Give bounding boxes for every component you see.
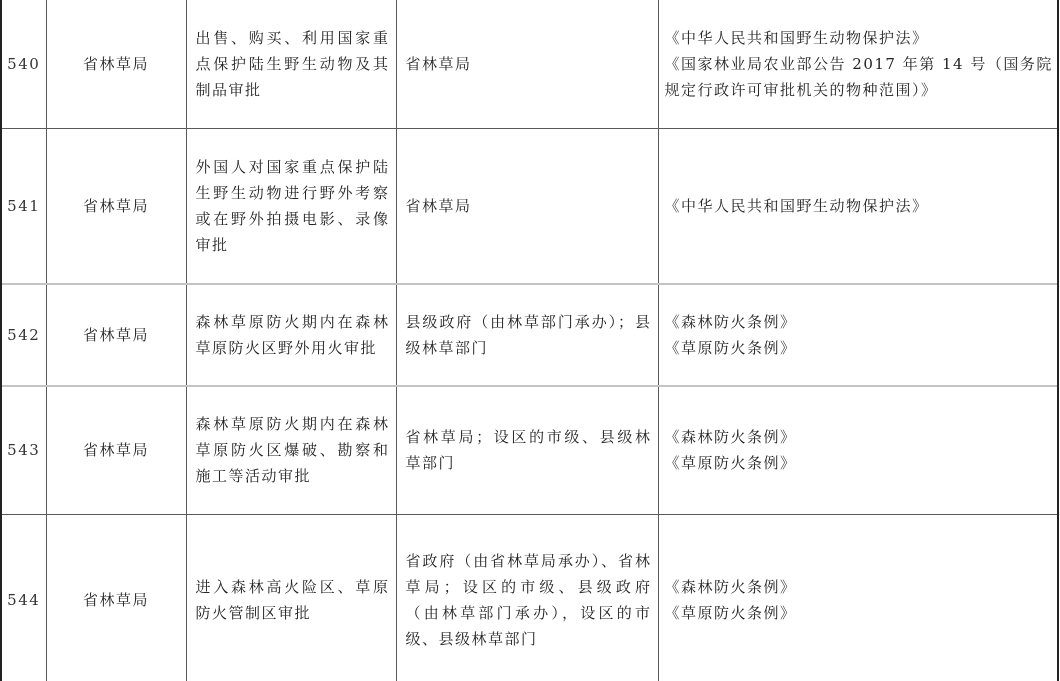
- legal-basis-cell: 《森林防火条例》 《草原防火条例》: [658, 284, 1058, 386]
- department-cell: 省林草局: [46, 515, 186, 681]
- legal-basis-line: 《中华人民共和国野生动物保护法》: [665, 193, 1052, 219]
- item-cell: 外国人对国家重点保护陆生野生动物进行野外考察或在野外拍摄电影、录像审批: [186, 129, 396, 284]
- item-cell: 森林草原防火期内在森林草原防火区野外用火审批: [186, 284, 396, 386]
- table-row: 542 省林草局 森林草原防火期内在森林草原防火区野外用火审批 县级政府（由林草…: [1, 284, 1058, 386]
- table-row: 544 省林草局 进入森林高火险区、草原防火管制区审批 省政府（由省林草局承办）…: [1, 515, 1058, 681]
- item-cell: 森林草原防火期内在森林草原防火区爆破、勘察和施工等活动审批: [186, 386, 396, 515]
- legal-basis-cell: 《森林防火条例》 《草原防火条例》: [658, 515, 1058, 681]
- department-cell: 省林草局: [46, 284, 186, 386]
- item-cell: 出售、购买、利用国家重点保护陆生野生动物及其制品审批: [186, 0, 396, 129]
- row-number: 541: [1, 129, 46, 284]
- legal-basis-line: 规定行政许可审批机关的物种范围）》: [665, 77, 1052, 103]
- row-number: 544: [1, 515, 46, 681]
- table-row: 541 省林草局 外国人对国家重点保护陆生野生动物进行野外考察或在野外拍摄电影、…: [1, 129, 1058, 284]
- legal-basis-line: 《森林防火条例》: [665, 574, 1052, 600]
- row-number: 543: [1, 386, 46, 515]
- implementing-body-cell: 县级政府（由林草部门承办）；县级林草部门: [396, 284, 658, 386]
- implementing-body-cell: 省林草局: [396, 129, 658, 284]
- row-number: 542: [1, 284, 46, 386]
- legal-basis-cell: 《中华人民共和国野生动物保护法》 《国家林业局农业部公告 2017 年第 14 …: [658, 0, 1058, 129]
- implementing-body-cell: 省林草局: [396, 0, 658, 129]
- department-cell: 省林草局: [46, 129, 186, 284]
- legal-basis-line: 《草原防火条例》: [665, 600, 1052, 626]
- department-cell: 省林草局: [46, 0, 186, 129]
- legal-basis-line: 《草原防火条例》: [665, 450, 1052, 476]
- legal-basis-cell: 《中华人民共和国野生动物保护法》: [658, 129, 1058, 284]
- legal-basis-line: 《国家林业局农业部公告 2017 年第 14 号（国务院: [665, 51, 1052, 77]
- table-row: 543 省林草局 森林草原防火期内在森林草原防火区爆破、勘察和施工等活动审批 省…: [1, 386, 1058, 515]
- legal-basis-line: 《草原防火条例》: [665, 335, 1052, 361]
- item-cell: 进入森林高火险区、草原防火管制区审批: [186, 515, 396, 681]
- legal-basis-line: 《森林防火条例》: [665, 424, 1052, 450]
- department-cell: 省林草局: [46, 386, 186, 515]
- implementing-body-cell: 省政府（由省林草局承办）、省林草局；设区的市级、县级政府（由林草部门承办），设区…: [396, 515, 658, 681]
- table-row: 540 省林草局 出售、购买、利用国家重点保护陆生野生动物及其制品审批 省林草局…: [1, 0, 1058, 129]
- legal-basis-cell: 《森林防火条例》 《草原防火条例》: [658, 386, 1058, 515]
- approval-items-table: 540 省林草局 出售、购买、利用国家重点保护陆生野生动物及其制品审批 省林草局…: [0, 0, 1059, 681]
- row-number: 540: [1, 0, 46, 129]
- legal-basis-line: 《中华人民共和国野生动物保护法》: [665, 25, 1052, 51]
- implementing-body-cell: 省林草局；设区的市级、县级林草部门: [396, 386, 658, 515]
- legal-basis-line: 《森林防火条例》: [665, 309, 1052, 335]
